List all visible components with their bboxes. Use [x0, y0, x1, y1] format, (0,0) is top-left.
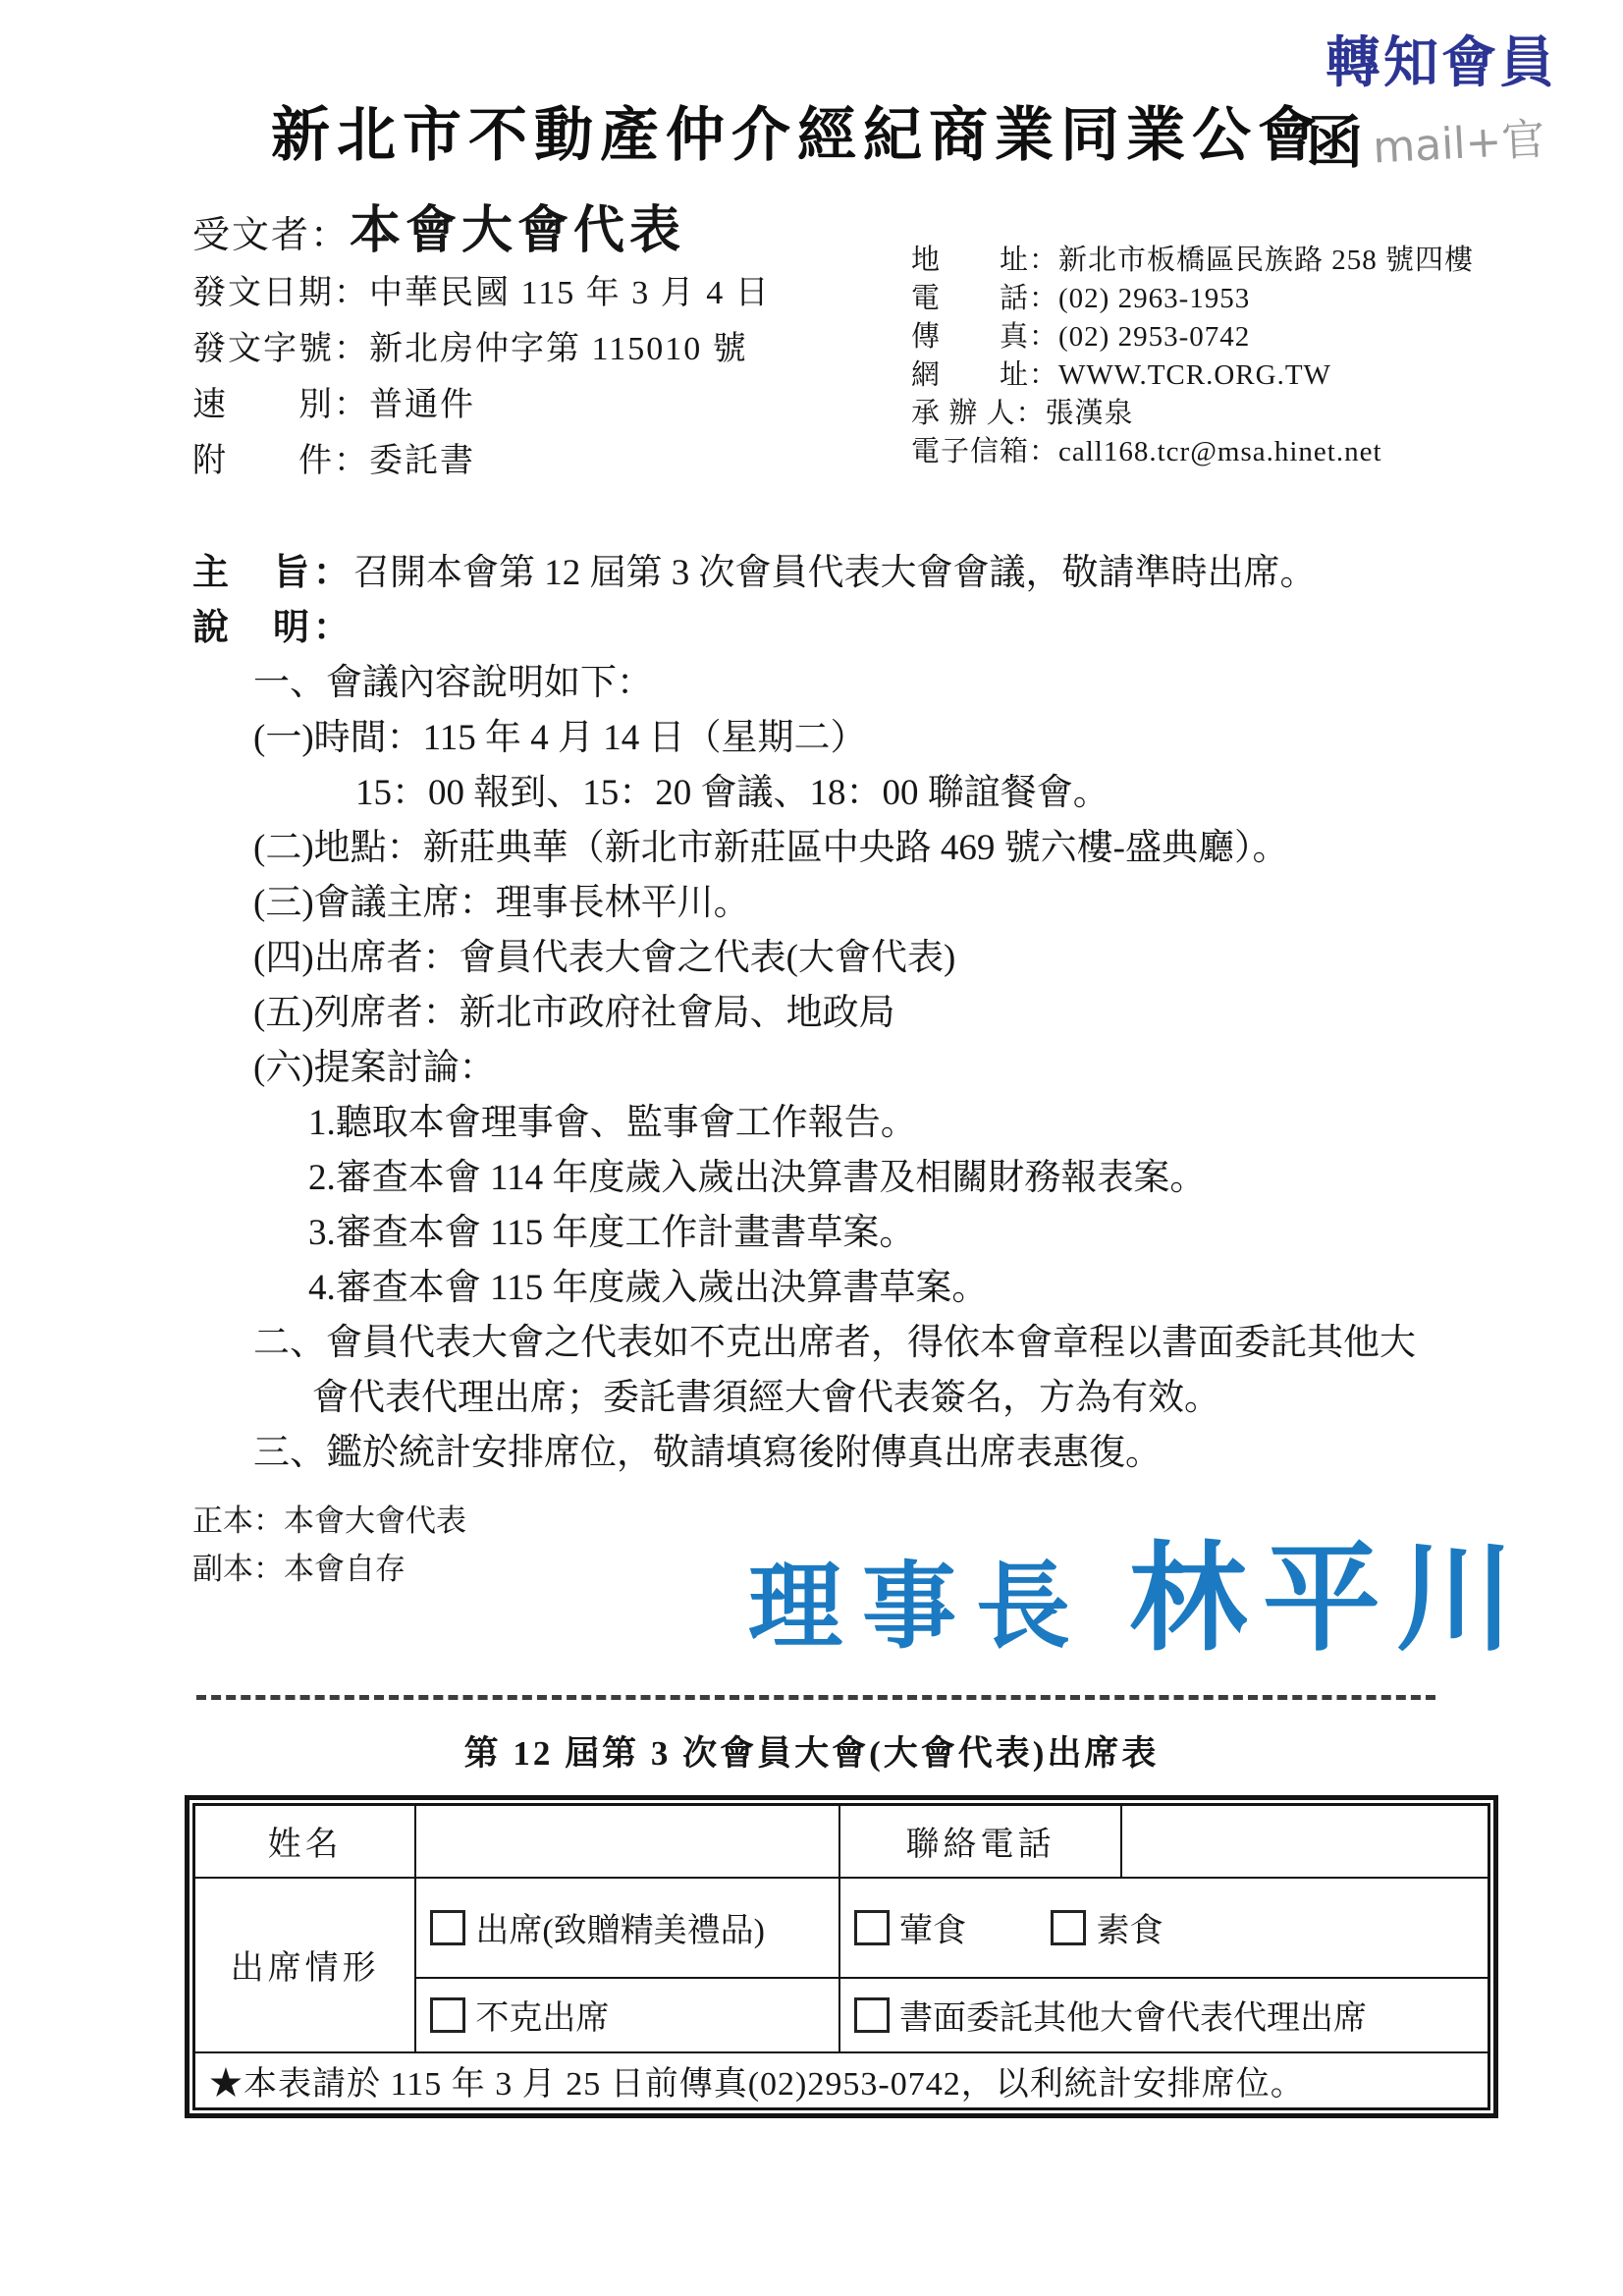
- body-line-10: 2.審查本會 114 年度歲入歲出決算書及相關財務報表案。: [192, 1151, 1432, 1206]
- recipient-label: 受文者：: [192, 215, 350, 256]
- recipient-line: 受文者：本會大會代表: [192, 189, 771, 265]
- org-title: 新北市不動產仲介經紀商業同業公會: [271, 88, 1324, 173]
- attendance-table-frame: 姓名 聯絡電話 出席情形 出席(致贈精美禮品) 葷食 素食 不克出席: [185, 1795, 1498, 2118]
- body-line-4: (二)地點：新莊典華（新北市新莊區中央路 469 號六樓-盛典廳）。: [192, 821, 1432, 876]
- meta-left-block: 受文者：本會大會代表 發文日期：中華民國 115 年 3 月 4 日 發文字號：…: [192, 189, 771, 489]
- body-line-9: 1.聽取本會理事會、監事會工作報告。: [192, 1096, 1432, 1151]
- body-line-14: 三、鑑於統計安排席位，敬請填寫後附傳真出席表惠復。: [192, 1426, 1432, 1481]
- phone-input-cell: [1121, 1805, 1488, 1878]
- attend-option-cell: 出席(致贈精美禮品): [415, 1878, 839, 1978]
- explanation-label: 說 明：: [192, 601, 1432, 656]
- body-line-3: 15：00 報到、15：20 會議、18：00 聯誼餐會。: [192, 766, 1432, 821]
- absent-option-cell: 不克出席: [415, 1978, 839, 2052]
- attachment-line: 附 件：委託書: [192, 433, 771, 489]
- attendance-table: 姓名 聯絡電話 出席情形 出席(致贈精美禮品) 葷食 素食 不克出席: [192, 1803, 1490, 2110]
- handwritten-stamp: 轉知會員: [1325, 20, 1557, 98]
- priority-line: 速 別：普通件: [192, 377, 771, 433]
- recipient-value: 本會大會代表: [350, 203, 685, 259]
- meal-options-cell: 葷食 素食: [839, 1878, 1489, 1978]
- contact-block: 地 址：新北市板橋區民族路 258 號四樓 電 話：(02) 2963-1953…: [911, 242, 1474, 471]
- table-footnote: ★本表請於 115 年 3 月 25 日前傳真(02)2953-0742，以利統…: [194, 2052, 1489, 2109]
- website-line: 網 址：WWW.TCR.ORG.TW: [911, 356, 1474, 395]
- letter-type-char: 函: [1306, 96, 1363, 179]
- address-line: 地 址：新北市板橋區民族路 258 號四樓: [911, 242, 1474, 280]
- body-line-13: 二、會員代表大會之代表如不克出席者，得依本會章程以書面委託其他大會代表代理出席；…: [192, 1316, 1432, 1426]
- letter-body: 主 旨：召開本會第 12 屆第 3 次會員代表大會會議，敬請準時出席。 說 明：…: [192, 546, 1432, 1593]
- meat-option-label: 葷食: [899, 1913, 966, 1949]
- pencil-annotation: mail+官: [1371, 103, 1545, 175]
- veg-option-label: 素食: [1096, 1913, 1163, 1949]
- fax-line: 傳 真：(02) 2953-0742: [911, 318, 1474, 356]
- checkbox-icon: [854, 1910, 890, 1945]
- body-line-1: 一、會議內容說明如下：: [192, 656, 1432, 711]
- phone-line: 電 話：(02) 2963-1953: [911, 280, 1474, 318]
- body-line-8: (六)提案討論：: [192, 1041, 1432, 1096]
- doc-number-line: 發文字號：新北房仲字第 115010 號: [192, 321, 771, 377]
- body-line-6: (四)出席者：會員代表大會之代表(大會代表): [192, 931, 1432, 986]
- contact-person-line: 承 辦 人：張漢泉: [911, 395, 1474, 433]
- email-line: 電子信箱：call168.tcr@msa.hinet.net: [911, 433, 1474, 471]
- body-line-2: (一)時間：115 年 4 月 14 日（星期二）: [192, 711, 1432, 766]
- name-label-cell: 姓名: [194, 1805, 416, 1878]
- body-line-11: 3.審查本會 115 年度工作計畫書草案。: [192, 1206, 1432, 1261]
- body-line-7: (五)列席者：新北市政府社會局、地政局: [192, 986, 1432, 1041]
- body-line-5: (三)會議主席：理事長林平川。: [192, 876, 1432, 931]
- checkbox-icon: [430, 1997, 465, 2033]
- checkbox-icon: [430, 1910, 465, 1945]
- body-line-12: 4.審查本會 115 年度歲入歲出決算書草案。: [192, 1261, 1432, 1316]
- chairman-signature: 理事長林平川: [748, 1504, 1530, 1673]
- proxy-option-label: 書面委託其他大會代表代理出席: [899, 2000, 1367, 2037]
- checkbox-icon: [1051, 1910, 1086, 1945]
- phone-label-cell: 聯絡電話: [839, 1805, 1121, 1878]
- scanned-letter-page: 轉知會員 新北市不動產仲介經紀商業同業公會 函 mail+官 受文者：本會大會代…: [0, 0, 1623, 2296]
- status-label-cell: 出席情形: [194, 1878, 416, 2052]
- attendance-table-title: 第 12 屆第 3 次會員大會(大會代表)出席表: [0, 1726, 1623, 1776]
- name-input-cell: [415, 1805, 839, 1878]
- subject-label: 主 旨：: [192, 553, 353, 593]
- attend-option-label: 出席(致贈精美禮品): [475, 1913, 765, 1949]
- subject-text: 召開本會第 12 屆第 3 次會員代表大會會議，敬請準時出席。: [353, 553, 1317, 593]
- checkbox-icon: [854, 1997, 890, 2033]
- subject-line: 主 旨：召開本會第 12 屆第 3 次會員代表大會會議，敬請準時出席。: [192, 546, 1432, 601]
- proxy-option-cell: 書面委託其他大會代表代理出席: [839, 1978, 1489, 2052]
- dashed-divider: [196, 1695, 1435, 1700]
- signature-name: 林平川: [1129, 1534, 1530, 1665]
- issue-date-line: 發文日期：中華民國 115 年 3 月 4 日: [192, 265, 771, 321]
- signature-title: 理事長: [748, 1555, 1090, 1660]
- absent-option-label: 不克出席: [475, 2000, 609, 2037]
